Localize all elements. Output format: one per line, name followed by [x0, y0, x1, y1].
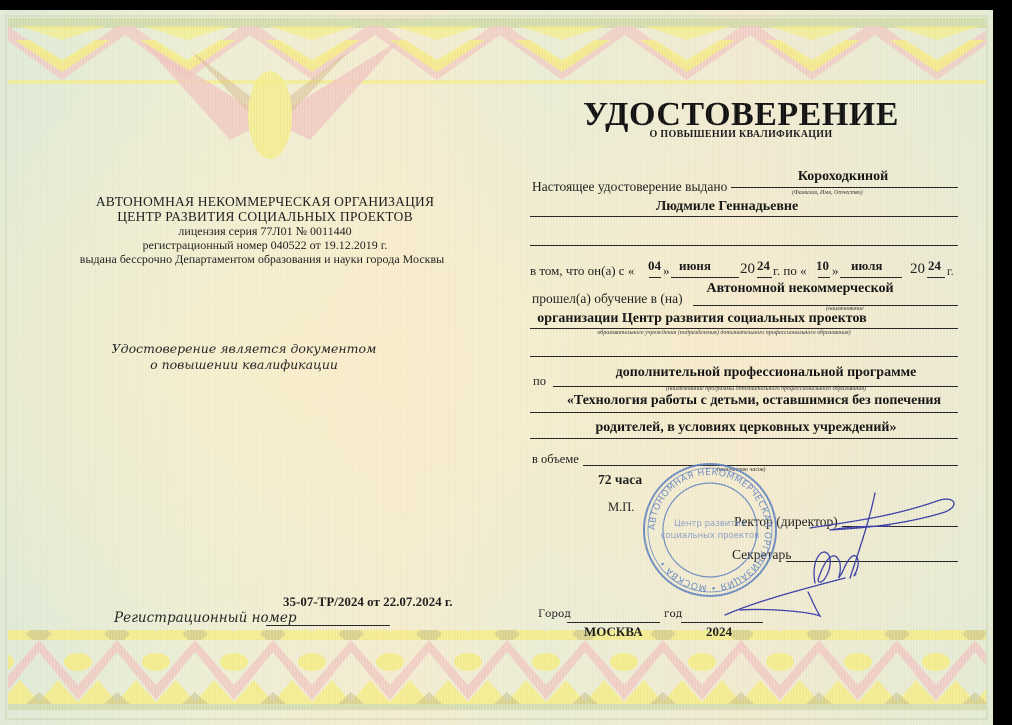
- program-name-line2: родителей, в условиях церковных учрежден…: [595, 420, 896, 436]
- stamp-center-line1: Центр развития: [674, 519, 746, 529]
- stamp-center-line2: социальных проектов: [661, 531, 760, 541]
- org-registration: регистрационный номер 040522 от 19.12.20…: [143, 238, 388, 253]
- city-value: МОСКВА: [584, 624, 643, 640]
- institution-name-line1: Автономной некоммерческой: [706, 281, 893, 297]
- reg-number-value: 35-07-ТР/2024 от 22.07.2024 г.: [283, 594, 453, 610]
- org-issued-by: выдана бессрочно Департаментом образован…: [80, 252, 444, 267]
- year-value: 2024: [706, 624, 732, 640]
- to-month-line: [840, 277, 902, 278]
- year-prefix-2: 20: [910, 261, 925, 278]
- reg-number-label: Регистрационный номер: [114, 610, 297, 626]
- certificate-note-line2: о повышении квалификации: [150, 357, 338, 372]
- quote-close-2: »: [832, 263, 839, 279]
- volume-value: 72 часа: [598, 472, 642, 488]
- city-label: Город: [538, 608, 571, 620]
- to-year: 24: [928, 258, 941, 274]
- program-label: по: [533, 374, 546, 389]
- from-year-line: [757, 277, 772, 278]
- training-label: прошел(а) обучение в (на): [532, 291, 683, 307]
- blank-line: [530, 245, 958, 246]
- from-day: 04: [648, 258, 661, 274]
- from-year: 24: [757, 258, 770, 274]
- seal-label: М.П.: [608, 500, 634, 515]
- year-suffix-1: г. по «: [773, 263, 807, 279]
- program-name-line1: «Технология работы с детьми, оставшимися…: [567, 393, 941, 409]
- to-day-line: [818, 277, 830, 278]
- to-month: июля: [851, 258, 882, 274]
- certificate-note-line1: Удостоверение является документом: [112, 341, 377, 356]
- year-label: год: [664, 608, 682, 620]
- program-name-line1-underline: [530, 412, 958, 413]
- from-month: июня: [679, 258, 711, 274]
- org-name-line1: АВТОНОМНАЯ НЕКОММЕРЧЕСКАЯ ОРГАНИЗАЦИЯ: [96, 194, 434, 210]
- certificate-subtitle: О ПОВЫШЕНИИ КВАЛИФИКАЦИИ: [650, 129, 833, 140]
- issued-to-line: [731, 187, 958, 188]
- certificate-sheet: АВТОНОМНАЯ НЕКОММЕРЧЕСКАЯ ОРГАНИЗАЦИЯ ЦЕ…: [0, 10, 993, 725]
- recipient-name-patronymic: Людмиле Геннадьевне: [656, 199, 798, 215]
- year-line: [681, 622, 763, 623]
- quote-close-1: »: [663, 263, 670, 279]
- period-prefix: в том, что он(а) с «: [530, 263, 634, 279]
- volume-label: в объеме: [532, 452, 579, 467]
- program-type: дополнительной профессиональной программ…: [616, 365, 917, 381]
- org-name-line2: ЦЕНТР РАЗВИТИЯ СОЦИАЛЬНЫХ ПРОЕКТОВ: [117, 209, 413, 225]
- institution-caption2: образовательного учреждения (подразделен…: [597, 330, 850, 336]
- recipient-surname: Короходкиной: [798, 169, 888, 185]
- org-license: лицензия серия 77Л01 № 0011440: [178, 224, 351, 239]
- institution-line2: [530, 328, 958, 329]
- year-prefix-1: 20: [740, 261, 755, 278]
- blank-line-2: [530, 356, 958, 357]
- name-line: [530, 216, 958, 217]
- secretary-signature: [720, 570, 860, 625]
- to-day: 10: [816, 258, 829, 274]
- issued-to-label: Настоящее удостоверение выдано: [532, 179, 727, 195]
- reg-number-line: [266, 625, 390, 626]
- period-end: г.: [947, 264, 954, 279]
- program-caption: (наименование программы дополнительного …: [666, 386, 866, 392]
- institution-name-line2: организации Центр развития социальных пр…: [537, 311, 866, 327]
- fio-caption: (Фамилия, Имя, Отчество): [792, 190, 863, 196]
- to-year-line: [927, 277, 945, 278]
- program-name-line2-underline: [530, 438, 958, 439]
- from-month-line: [671, 277, 739, 278]
- city-line: [567, 622, 660, 623]
- from-day-line: [649, 277, 661, 278]
